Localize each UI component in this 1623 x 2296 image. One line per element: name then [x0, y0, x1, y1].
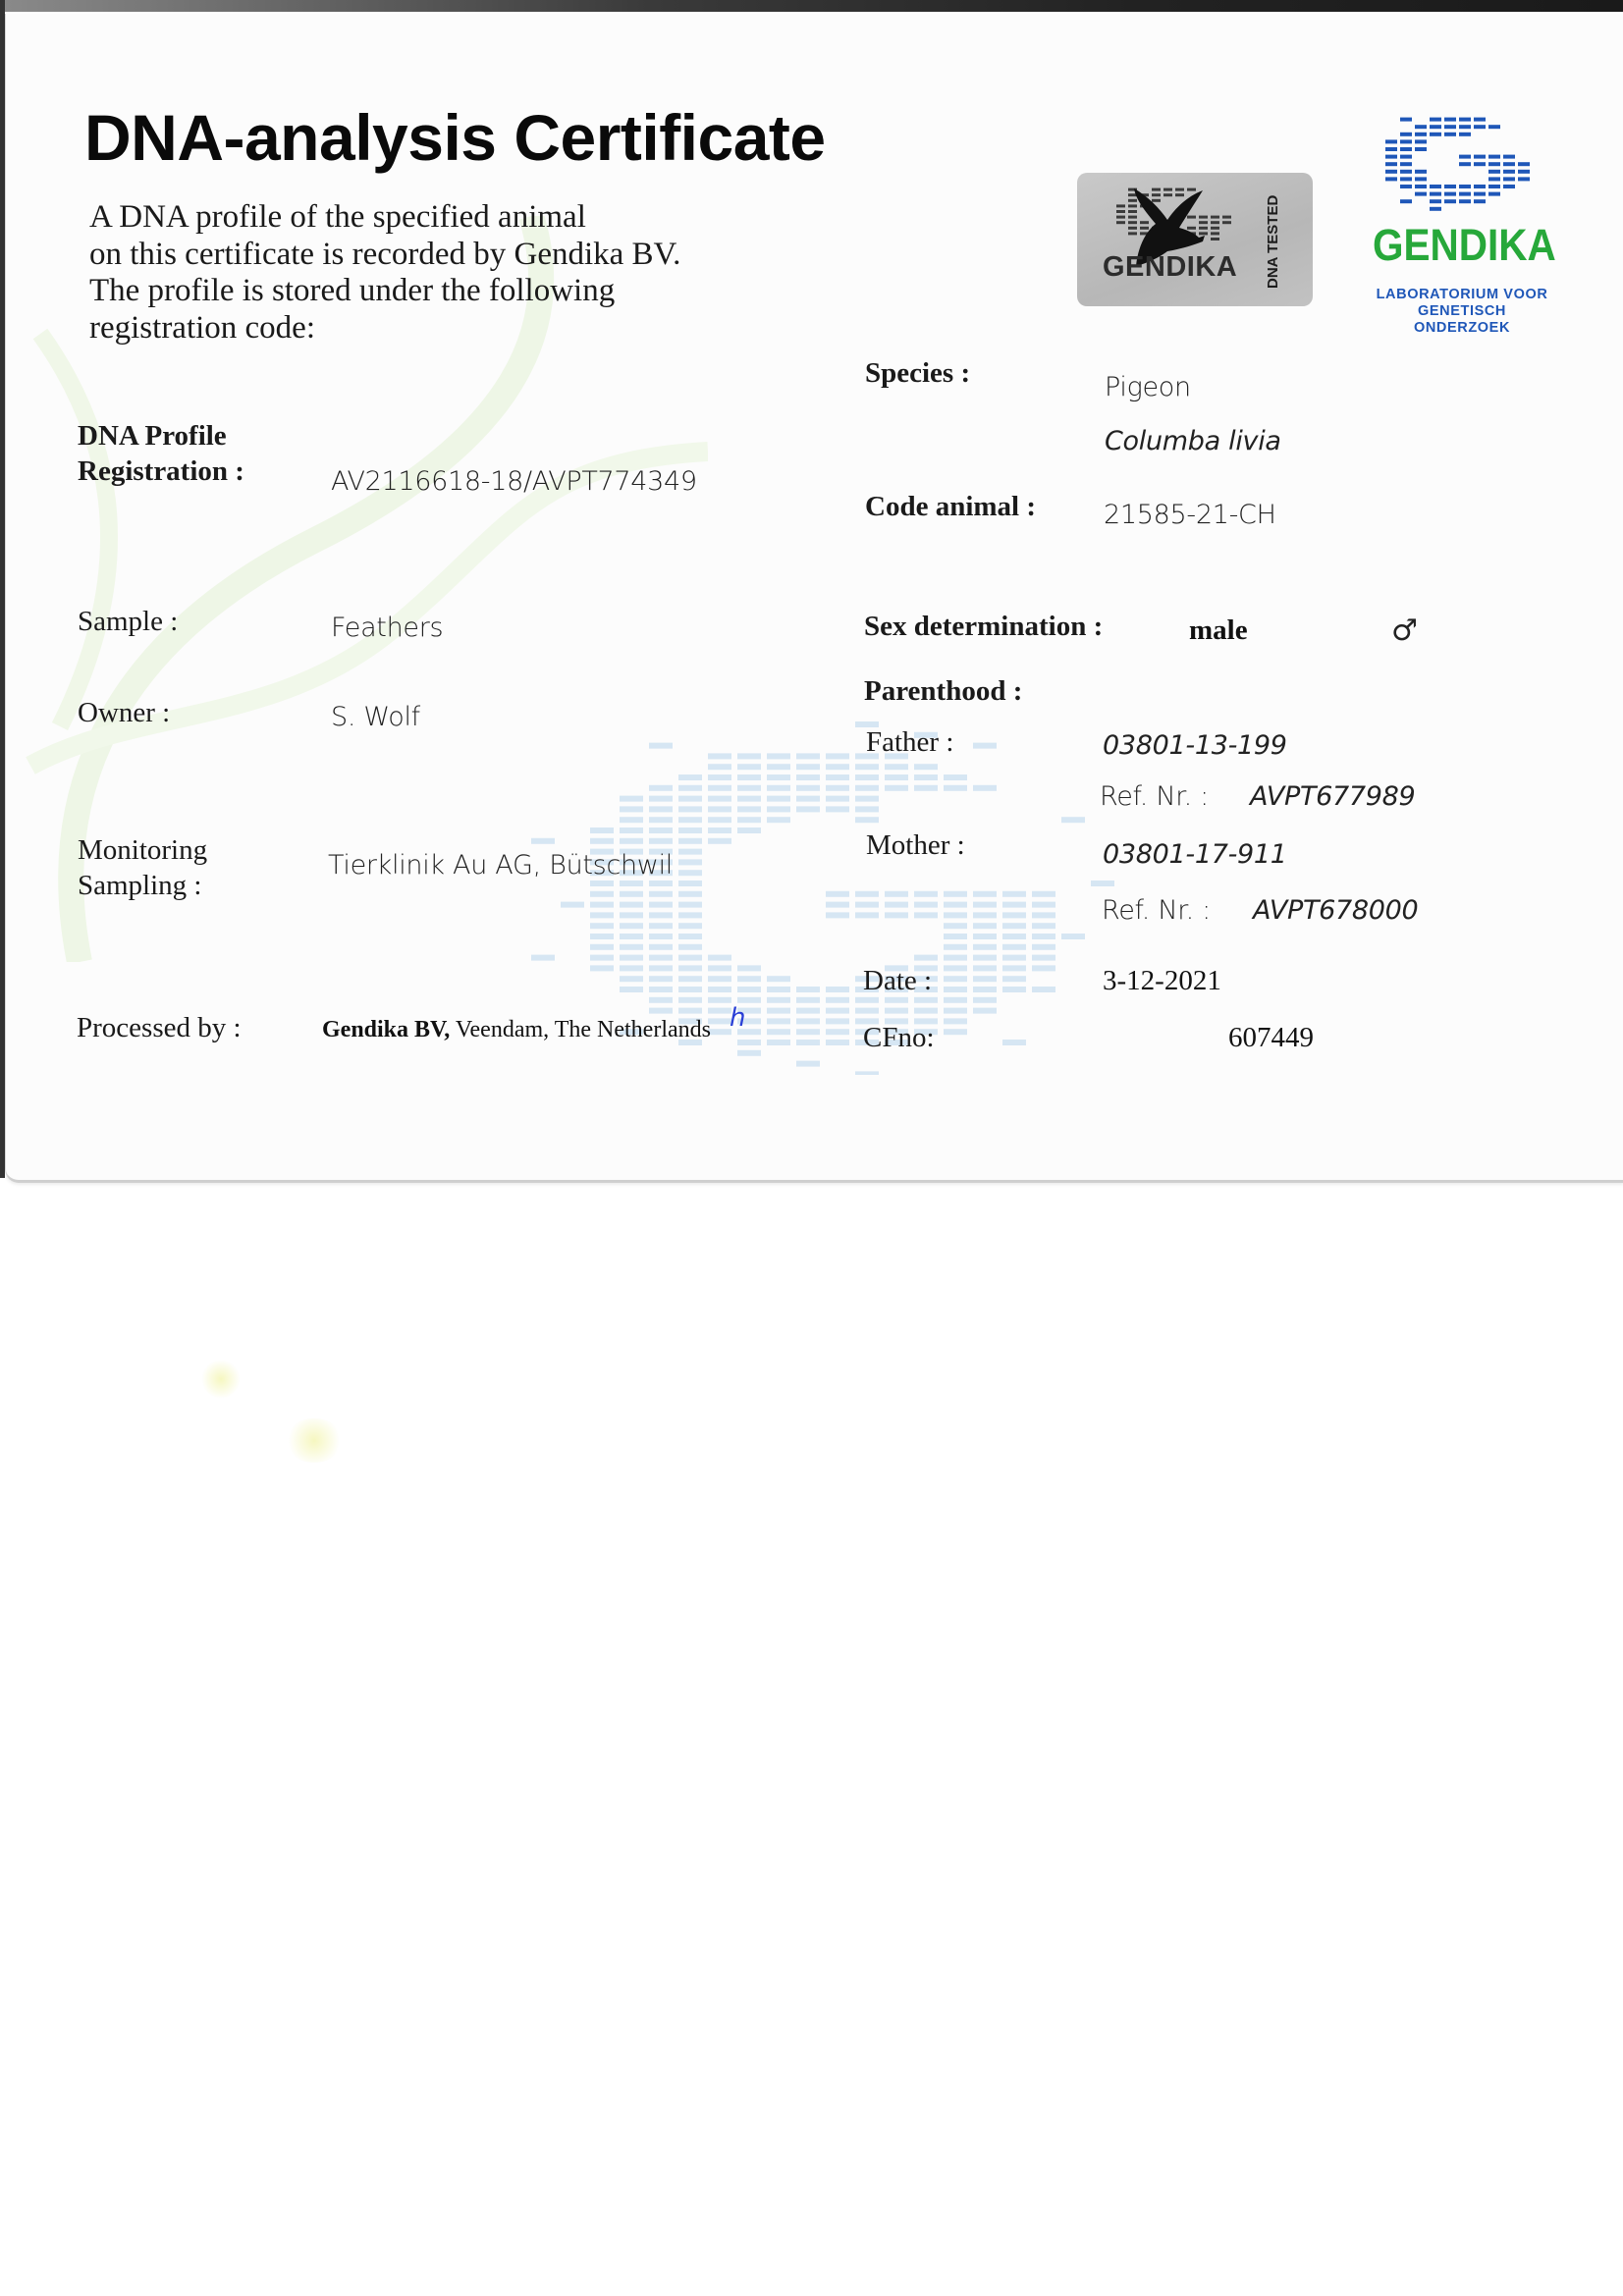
- processed-by-label: Processed by :: [77, 1012, 242, 1044]
- sampling-label: Sampling :: [78, 870, 201, 902]
- handwritten-initials: h: [730, 1003, 745, 1033]
- father-ref-value: AVPT677989: [1250, 781, 1415, 812]
- logo-subtitle-line: LABORATORIUM VOOR: [1373, 287, 1551, 303]
- owner-value: S. Wolf: [331, 702, 420, 732]
- owner-label: Owner :: [78, 697, 170, 729]
- dna-tested-sticker: GENDIKA DNA TESTED: [1077, 173, 1313, 306]
- parenthood-label: Parenthood :: [864, 675, 1022, 708]
- sex-value: male: [1189, 614, 1248, 647]
- code-animal-value: 21585-21-CH: [1104, 500, 1276, 530]
- intro-line: on this certificate is recorded by Gendi…: [89, 237, 680, 274]
- sex-determination-label: Sex determination :: [864, 611, 1103, 643]
- mother-ref-value: AVPT678000: [1253, 895, 1418, 926]
- processed-by-value: Gendika BV, Veendam, The Netherlands: [322, 1017, 711, 1043]
- mother-value: 03801-17-911: [1103, 839, 1287, 870]
- species-label: Species :: [865, 357, 970, 390]
- date-label: Date :: [863, 965, 932, 997]
- sticker-brand: GENDIKA: [1103, 251, 1237, 284]
- sample-label: Sample :: [78, 606, 178, 638]
- certificate-card: DNA-analysis Certificate A DNA profile o…: [5, 14, 1623, 1183]
- code-animal-label: Code animal :: [865, 491, 1036, 523]
- father-label: Father :: [866, 726, 953, 759]
- male-symbol-icon: ♂: [1391, 614, 1418, 648]
- scan-edge-top: [0, 0, 1623, 12]
- intro-line: The profile is stored under the followin…: [89, 273, 680, 310]
- processed-by-location: Veendam, The Netherlands: [450, 1017, 711, 1042]
- father-ref-label: Ref. Nr. :: [1100, 781, 1209, 812]
- species-common-value: Pigeon: [1105, 372, 1191, 402]
- intro-line: A DNA profile of the specified animal: [89, 199, 680, 237]
- registration-value: AV2116618-18/AVPT774349: [331, 466, 697, 497]
- intro-text: A DNA profile of the specified animal on…: [89, 199, 680, 347]
- scan-smudge: [285, 1418, 344, 1463]
- processed-by-company: Gendika BV,: [322, 1017, 450, 1042]
- intro-line: registration code:: [89, 310, 680, 347]
- mother-label: Mother :: [866, 829, 965, 862]
- cfno-value: 607449: [1228, 1022, 1314, 1054]
- sticker-dna-tested: DNA TESTED: [1265, 195, 1281, 289]
- mother-ref-label: Ref. Nr. :: [1102, 895, 1211, 926]
- gendika-logo-subtitle: LABORATORIUM VOOR GENETISCH ONDERZOEK: [1373, 287, 1551, 337]
- scan-smudge: [201, 1360, 241, 1399]
- monitoring-label: Monitoring: [78, 834, 207, 867]
- dna-band-g-logo-icon: [1371, 110, 1551, 216]
- dna-profile-label: DNA Profile: [78, 420, 227, 453]
- sample-value: Feathers: [331, 613, 443, 643]
- father-value: 03801-13-199: [1103, 730, 1287, 761]
- cfno-label: CFno:: [863, 1022, 935, 1054]
- certificate-title: DNA-analysis Certificate: [84, 100, 826, 175]
- date-value: 3-12-2021: [1103, 965, 1221, 997]
- gendika-logo-name: GENDIKA: [1373, 220, 1556, 271]
- species-latin-value: Columba livia: [1105, 426, 1281, 456]
- registration-label: Registration :: [78, 455, 244, 488]
- monitoring-value: Tierklinik Au AG, Bütschwil: [328, 850, 673, 881]
- logo-subtitle-line: GENETISCH ONDERZOEK: [1373, 303, 1551, 337]
